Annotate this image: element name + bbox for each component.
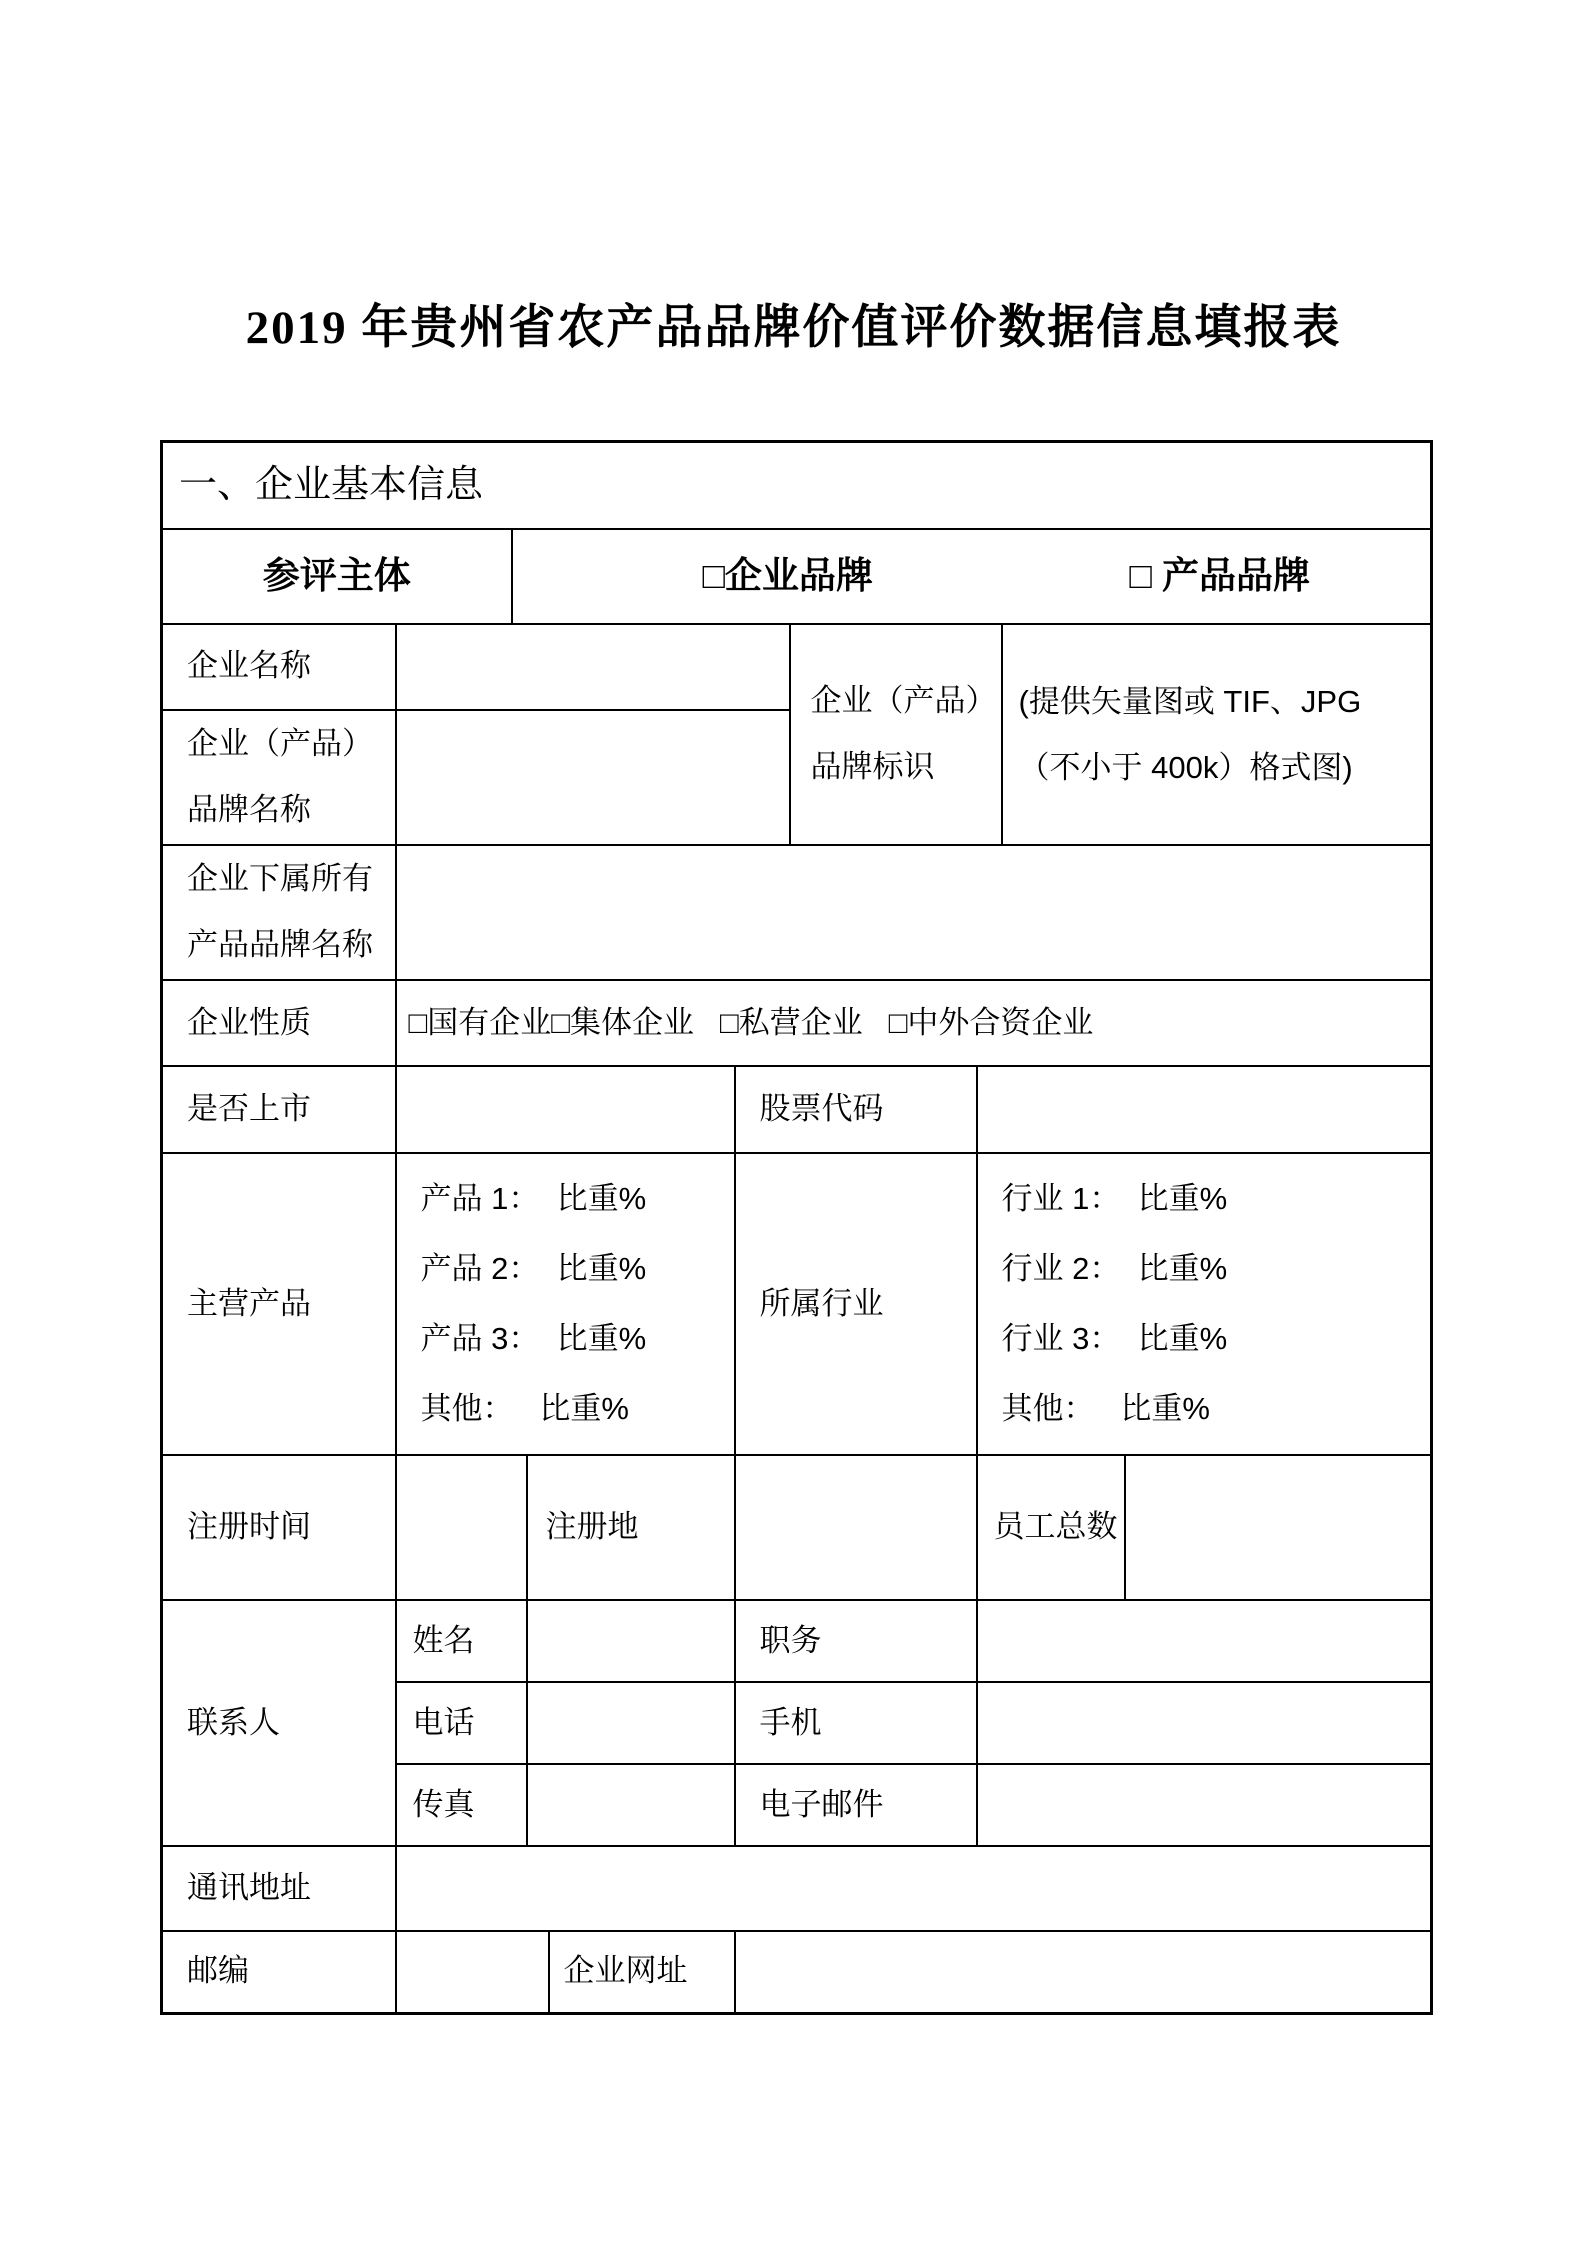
table-row: 联系人 姓名 职务 [162,1600,1432,1682]
table-row: 主营产品 产品 1： 比重% 产品 2： 比重% 产品 3： 比重% 其他： 比… [162,1153,1432,1455]
contact-label-cell: 联系人 [162,1600,396,1846]
stock-code-label-cell: 股票代码 [735,1066,977,1153]
mobile-label-cell: 手机 [735,1682,977,1764]
name-input-cell[interactable] [527,1600,735,1682]
checkbox-private[interactable]: □私营企业 [720,1005,863,1040]
brand-logo-label-line2: 品牌标识 [811,734,989,801]
position-input-cell[interactable] [977,1600,1432,1682]
email-input-cell[interactable] [977,1764,1432,1846]
checkbox-enterprise-brand[interactable]: □企业品牌 [703,554,873,598]
table-row: 一、企业基本信息 [162,442,1432,529]
subject-options: □企业品牌 □ 产品品牌 [513,554,1431,598]
email-label-cell: 电子邮件 [735,1764,977,1846]
address-label-cell: 通讯地址 [162,1846,396,1931]
address-input-cell[interactable] [396,1846,1432,1931]
position-label-cell: 职务 [735,1600,977,1682]
brand-name-input-cell[interactable] [396,710,790,845]
staff-total-label-cell: 员工总数 [977,1455,1125,1600]
product-line-3[interactable]: 产品 3： 比重% [421,1318,722,1360]
checkbox-collective[interactable]: □集体企业 [551,1005,694,1040]
industry-line-1[interactable]: 行业 1： 比重% [1002,1178,1419,1220]
company-name-label-cell: 企业名称 [162,624,396,710]
products-list: 产品 1： 比重% 产品 2： 比重% 产品 3： 比重% 其他： 比重% [421,1178,722,1430]
checkbox-state-owned[interactable]: □国有企业 [409,1005,552,1040]
table-row: 企业下属所有产品品牌名称 [162,845,1432,980]
brand-logo-note-cell[interactable]: (提供矢量图或 TIF、JPG（不小于 400k）格式图) [1002,624,1432,845]
brand-logo-label-line1: 企业（产品） [811,668,989,735]
table-row: 邮编 企业网址 [162,1931,1432,2013]
industries-list-cell: 行业 1： 比重% 行业 2： 比重% 行业 3： 比重% 其他： 比重% [977,1153,1432,1455]
main-products-label-cell: 主营产品 [162,1153,396,1455]
form-table: 一、企业基本信息 参评主体 □企业品牌 □ 产品品牌 企业名称 企业（产品） 品… [160,440,1433,2015]
website-label-cell: 企业网址 [549,1931,735,2013]
table-row: 企业性质 □国有企业□集体企业□私营企业□中外合资企业 [162,980,1432,1066]
reg-time-label-cell: 注册时间 [162,1455,396,1600]
postcode-input-cell[interactable] [396,1931,549,2013]
product-line-other[interactable]: 其他： 比重% [421,1388,722,1430]
section-header-cell: 一、企业基本信息 [162,442,1432,529]
table-row: 参评主体 □企业品牌 □ 产品品牌 [162,529,1432,624]
listed-input-cell[interactable] [396,1066,735,1153]
brand-name-label-cell: 企业（产品）品牌名称 [162,710,396,845]
page-title: 2019 年贵州省农产品品牌价值评价数据信息填报表 [0,290,1587,357]
industry-line-3[interactable]: 行业 3： 比重% [1002,1318,1419,1360]
company-name-input-cell[interactable] [396,624,790,710]
table-row: 企业名称 企业（产品） 品牌标识 (提供矢量图或 TIF、JPG（不小于 400… [162,624,1432,710]
phone-input-cell[interactable] [527,1682,735,1764]
reg-time-input-cell[interactable] [396,1455,527,1600]
checkbox-joint-venture[interactable]: □中外合资企业 [889,1005,1094,1040]
stock-code-input-cell[interactable] [977,1066,1432,1153]
industries-list: 行业 1： 比重% 行业 2： 比重% 行业 3： 比重% 其他： 比重% [1002,1178,1419,1430]
reg-place-label-cell: 注册地 [527,1455,735,1600]
table-row: 通讯地址 [162,1846,1432,1931]
brand-logo-label-cell: 企业（产品） 品牌标识 [790,624,1002,845]
nature-options-cell: □国有企业□集体企业□私营企业□中外合资企业 [396,980,1432,1066]
subject-label-cell: 参评主体 [162,529,512,624]
industry-line-other[interactable]: 其他： 比重% [1002,1388,1419,1430]
industry-line-2[interactable]: 行业 2： 比重% [1002,1248,1419,1290]
product-line-1[interactable]: 产品 1： 比重% [421,1178,722,1220]
sub-brands-input-cell[interactable] [396,845,1432,980]
table-row: 是否上市 股票代码 [162,1066,1432,1153]
name-label-cell: 姓名 [396,1600,527,1682]
reg-place-input-cell[interactable] [735,1455,977,1600]
fax-input-cell[interactable] [527,1764,735,1846]
fax-label-cell: 传真 [396,1764,527,1846]
subject-options-cell: □企业品牌 □ 产品品牌 [512,529,1432,624]
document-page: 2019 年贵州省农产品品牌价值评价数据信息填报表 一、企业基本信息 参评主体 … [0,0,1587,2245]
phone-label-cell: 电话 [396,1682,527,1764]
postcode-label-cell: 邮编 [162,1931,396,2013]
listed-label-cell: 是否上市 [162,1066,396,1153]
industry-label-cell: 所属行业 [735,1153,977,1455]
checkbox-product-brand[interactable]: □ 产品品牌 [1129,554,1310,598]
sub-brands-label-cell: 企业下属所有产品品牌名称 [162,845,396,980]
staff-total-input-cell[interactable] [1125,1455,1432,1600]
website-input-cell[interactable] [735,1931,1432,2013]
products-list-cell: 产品 1： 比重% 产品 2： 比重% 产品 3： 比重% 其他： 比重% [396,1153,735,1455]
mobile-input-cell[interactable] [977,1682,1432,1764]
nature-label-cell: 企业性质 [162,980,396,1066]
product-line-2[interactable]: 产品 2： 比重% [421,1248,722,1290]
table-row: 注册时间 注册地 员工总数 [162,1455,1432,1600]
